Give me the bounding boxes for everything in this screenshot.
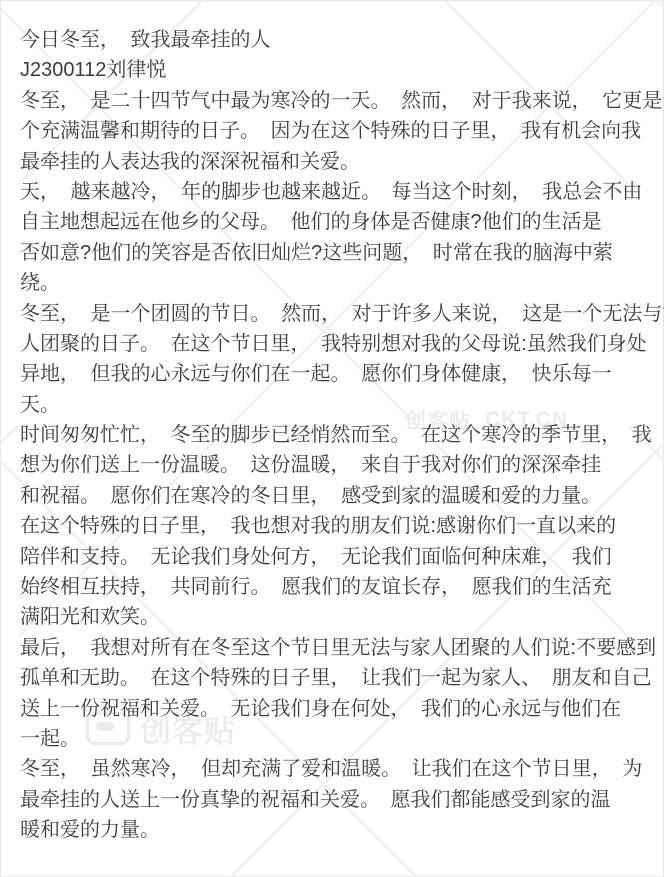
text-line: 否如意?他们的笑容是否依旧灿烂?这些问题， 时常在我的脑海中萦: [20, 238, 658, 268]
text-line: 和祝福。 愿你们在寒冷的冬日里， 感受到家的温暖和爱的力量。: [20, 481, 658, 511]
text-line: 最牵挂的人表达我的深深祝福和关爱。: [20, 147, 658, 177]
letter-title: 今日冬至， 致我最牵挂的人: [20, 25, 658, 55]
text-line: 孤单和无助。 在这个特殊的日子里， 让我们一起为家人、 朋友和自己: [20, 663, 658, 693]
text-line: 最牵挂的人送上一份真挚的祝福和关爱。 愿我们都能感受到家的温: [20, 785, 658, 815]
text-line: 个充满温馨和期待的日子。 因为在这个特殊的日子里， 我有机会向我: [20, 116, 658, 146]
text-line: 始终相互扶持， 共同前行。 愿我们的友谊长存， 愿我们的生活充: [20, 572, 658, 602]
text-line: 最后， 我想对所有在冬至这个节日里无法与家人团聚的人们说:不要感到: [20, 633, 658, 663]
text-line: 暖和爱的力量。: [20, 815, 658, 845]
text-line: 冬至， 虽然寒冷， 但却充满了爱和温暖。 让我们在这个节日里， 为: [20, 754, 658, 784]
letter-paragraph-lines: 冬至， 是二十四节气中最为寒冷的一天。 然而， 对于我来说， 它更是一个充满温馨…: [20, 86, 658, 846]
text-line: 冬至， 是二十四节气中最为寒冷的一天。 然而， 对于我来说， 它更是一: [20, 86, 658, 116]
text-line: 冬至， 是一个团圆的节日。 然而， 对于许多人来说， 这是一个无法与家: [20, 299, 658, 329]
text-line: 异地， 但我的心永远与你们在一起。 愿你们身体健康， 快乐每一: [20, 359, 658, 389]
text-line: 时间匆匆忙忙， 冬至的脚步已经悄然而至。 在这个寒冷的季节里， 我: [20, 420, 658, 450]
text-line: 天， 越来越冷， 年的脚步也越来越近。 每当这个时刻， 我总会不由: [20, 177, 658, 207]
text-line: 送上一份祝福和关爱。 无论我们身在何处， 我们的心永远与他们在: [20, 694, 658, 724]
text-line: 人团聚的日子。 在这个节日里， 我特别想对我的父母说:虽然我们身处: [20, 329, 658, 359]
letter-page: 创客贴 CKT.CN 创客贴 今日冬至， 致我最牵挂的人 J2300112刘律悦…: [0, 0, 664, 877]
text-line: 一起。: [20, 724, 658, 754]
text-line: 绕。: [20, 268, 658, 298]
student-id-signature: J2300112刘律悦: [20, 55, 658, 85]
text-line: 陪伴和支持。 无论我们身处何方， 无论我们面临何种床难， 我们: [20, 542, 658, 572]
text-line: 自主地想起远在他乡的父母。 他们的身体是否健康?他们的生活是: [20, 207, 658, 237]
text-line: 在这个特殊的日子里， 我也想对我的朋友们说:感谢你们一直以来的: [20, 511, 658, 541]
text-line: 满阳光和欢笑。: [20, 602, 658, 632]
letter-body: 今日冬至， 致我最牵挂的人 J2300112刘律悦 冬至， 是二十四节气中最为寒…: [20, 25, 658, 846]
text-line: 想为你们送上一份温暖。 这份温暖， 来自于我对你们的深深牵挂: [20, 450, 658, 480]
text-line: 天。: [20, 390, 658, 420]
